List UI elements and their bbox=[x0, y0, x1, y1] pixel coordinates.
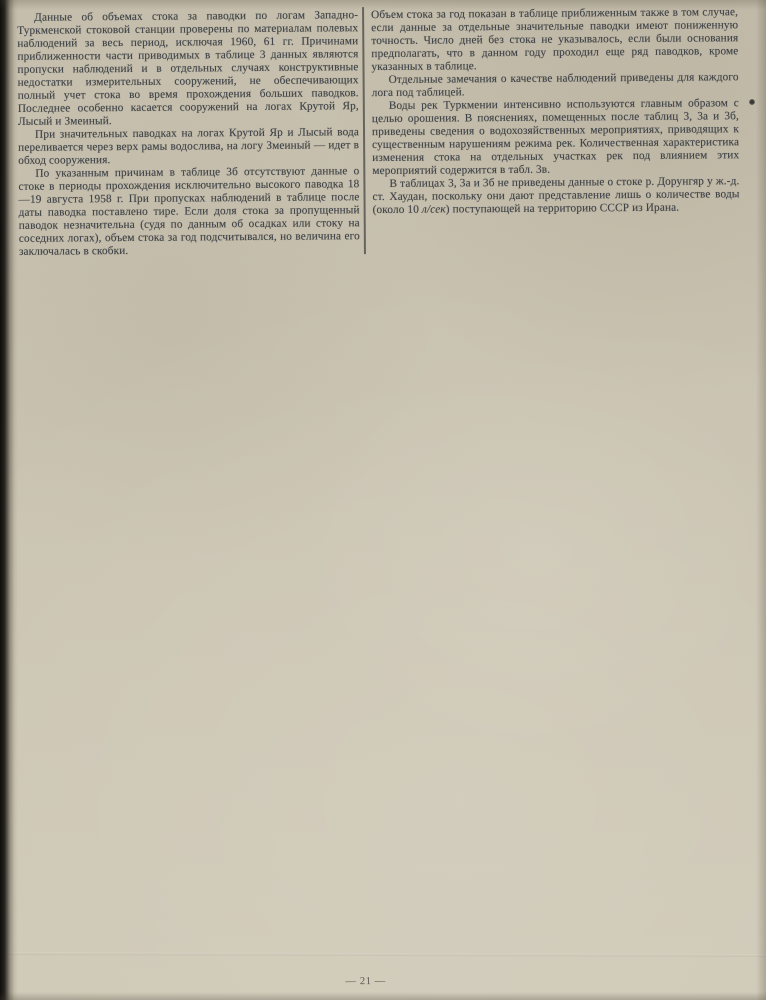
scanned-page: Данные об объемах стока за паводки по ло… bbox=[0, 0, 766, 1000]
unit-italic: л/сек bbox=[422, 203, 446, 215]
page-content: Данные об объемах стока за паводки по ло… bbox=[0, 0, 766, 1000]
paragraph: Объем стока за год показан в таблице при… bbox=[371, 6, 738, 74]
scan-top-edge-shadow bbox=[0, 0, 766, 10]
ink-speck bbox=[749, 99, 755, 105]
paragraph: В таблицах 3, 3а и 3б не приведены данны… bbox=[372, 175, 739, 217]
right-column: Объем стока за год показан в таблице при… bbox=[371, 6, 740, 217]
scan-right-edge-shadow bbox=[756, 0, 766, 1000]
paragraph: Отдельные замечания о качестве наблюдени… bbox=[372, 71, 739, 100]
page-number: — 21 — bbox=[7, 973, 725, 990]
paragraph: При значительных паводках на логах Круто… bbox=[18, 126, 359, 168]
scan-left-edge-shadow bbox=[0, 0, 18, 1000]
left-column: Данные об объемах стока за паводки по ло… bbox=[17, 9, 360, 259]
paragraph: По указанным причинам в таблице 3б отсут… bbox=[18, 165, 360, 259]
paragraph: Данные об объемах стока за паводки по ло… bbox=[17, 9, 359, 129]
scan-bottom-edge-shadow bbox=[0, 992, 766, 1000]
paragraph-text-segment: ) поступающей на территорию СССР из Иран… bbox=[446, 202, 680, 216]
column-divider bbox=[362, 7, 366, 254]
paragraph: Воды рек Туркмении интенсивно используют… bbox=[372, 97, 740, 178]
